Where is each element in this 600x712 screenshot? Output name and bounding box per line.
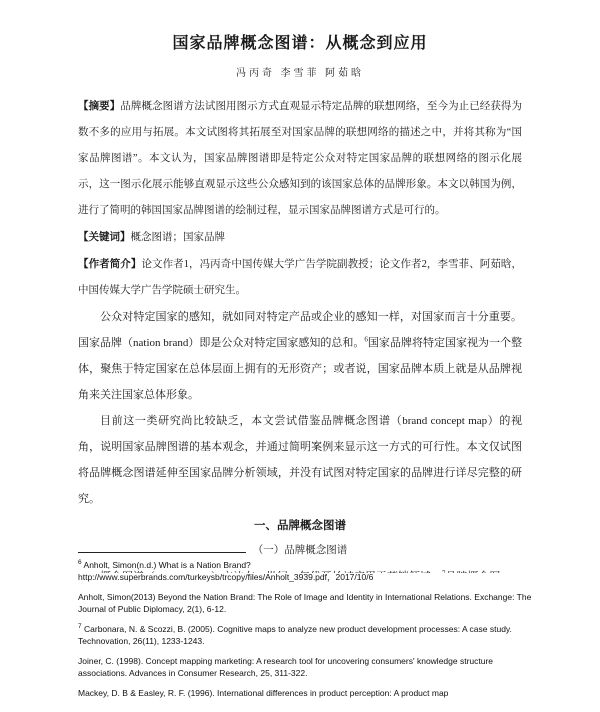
footnote-separator — [78, 552, 246, 553]
keywords-text: 概念图谱；国家品牌 — [131, 232, 226, 243]
footnote-mackey-1996-text: Mackey, D. B & Easley, R. F. (1996). Int… — [78, 688, 448, 698]
section-heading: 一、品牌概念图谱 — [78, 512, 522, 538]
paper-title: 国家品牌概念图谱：从概念到应用 — [78, 32, 522, 54]
keywords-paragraph: 【关键词】概念图谱；国家品牌 — [78, 224, 522, 251]
abstract-label: 【摘要】 — [78, 100, 120, 112]
footnote-6-marker: 6 — [78, 559, 82, 566]
paper-page: 国家品牌概念图谱：从概念到应用 冯丙奇 李雪菲 阿茹晗 【摘要】品牌概念图谱方法… — [0, 0, 600, 712]
paper-main-content: 国家品牌概念图谱：从概念到应用 冯丙奇 李雪菲 阿茹晗 【摘要】品牌概念图谱方法… — [78, 28, 522, 573]
footnote-7-marker: 7 — [78, 623, 82, 630]
footnote-6-text: Anholt, Simon(n.d.) What is a Nation Bra… — [84, 560, 251, 570]
body-paragraph-1: 公众对特定国家的感知，就如同对特定产品或企业的感知一样，对国家而言十分重要。国家… — [78, 304, 522, 408]
body-paragraph-2: 目前这一类研究尚比较缺乏，本文尝试借鉴品牌概念图谱（brand concept … — [78, 408, 522, 512]
author-bio-label: 【作者简介】 — [78, 258, 141, 270]
abstract-paragraph: 【摘要】品牌概念图谱方法试图用图示方式直观显示特定品牌的联想网络，至今为止已经获… — [78, 93, 522, 224]
footnote-mackey-1996: Mackey, D. B & Easley, R. F. (1996). Int… — [78, 687, 540, 700]
authors-line: 冯丙奇 李雪菲 阿茹晗 — [78, 67, 522, 81]
footnote-joiner-1998-text: Joiner, C. (1998). Concept mapping marke… — [78, 656, 493, 679]
footnote-anholt-2013: Anholt, Simon(2013) Beyond the Nation Br… — [78, 591, 540, 616]
footnote-7: 7 Carbonara, N. & Scozzi, B. (2005). Cog… — [78, 623, 540, 648]
footnote-7-text: Carbonara, N. & Scozzi, B. (2005). Cogni… — [78, 624, 512, 647]
footnote-joiner-1998: Joiner, C. (1998). Concept mapping marke… — [78, 655, 540, 680]
keywords-label: 【关键词】 — [78, 231, 131, 243]
author-bio-paragraph: 【作者简介】论文作者1，冯丙奇中国传媒大学广告学院副教授；论文作者2，李雪菲、阿… — [78, 251, 522, 304]
footnote-anholt-2013-text: Anholt, Simon(2013) Beyond the Nation Br… — [78, 592, 531, 615]
abstract-text: 品牌概念图谱方法试图用图示方式直观显示特定品牌的联想网络，至今为止已经获得为数不… — [78, 101, 522, 216]
footnote-6-url: http://www.superbrands.com/turkeysb/trco… — [78, 572, 373, 582]
footnote-area: 6 Anholt, Simon(n.d.) What is a Nation B… — [78, 552, 540, 707]
footnote-6: 6 Anholt, Simon(n.d.) What is a Nation B… — [78, 559, 540, 584]
author-bio-text: 论文作者1，冯丙奇中国传媒大学广告学院副教授；论文作者2，李雪菲、阿茹晗，中国传… — [78, 259, 522, 296]
